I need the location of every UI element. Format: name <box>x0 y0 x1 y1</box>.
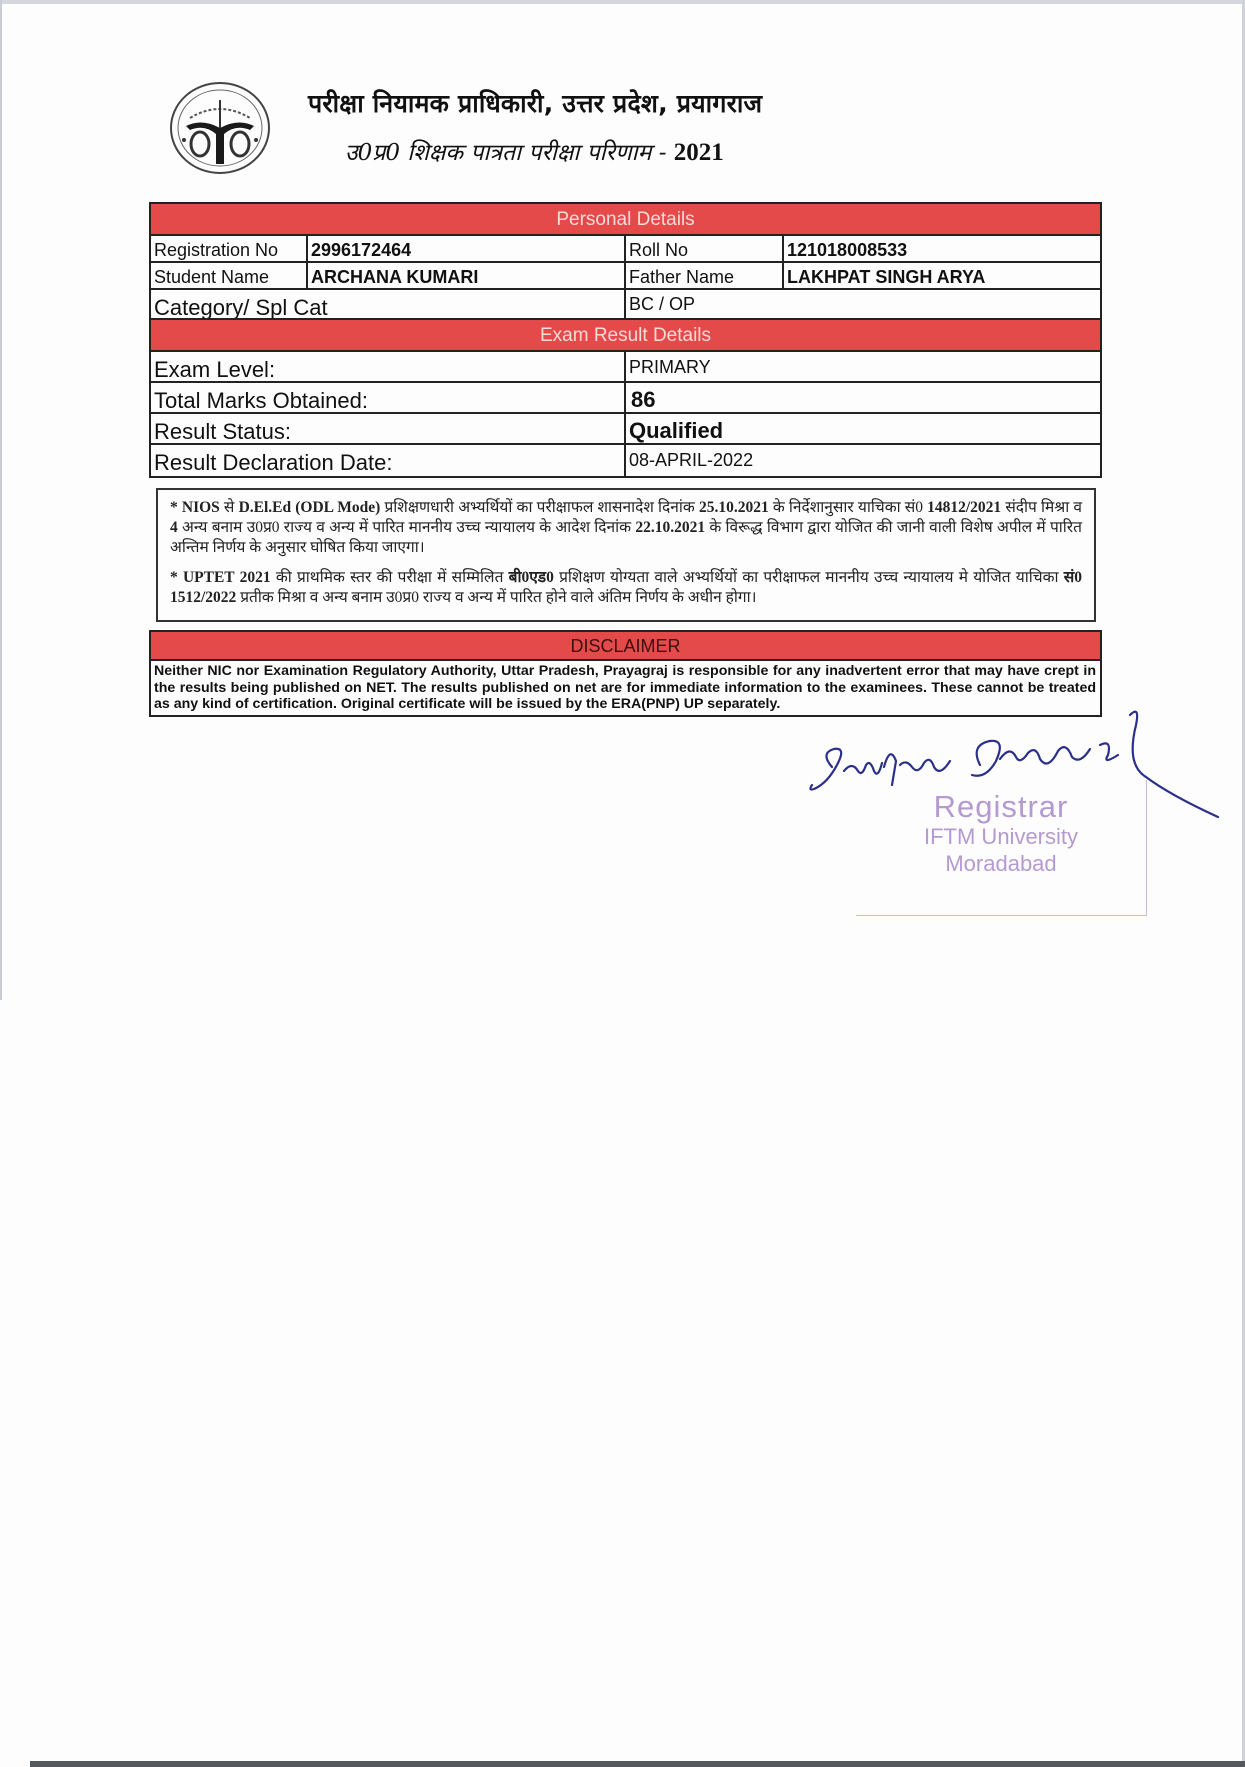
exam-result-subtitle: उ0प्र0 शिक्षक पात्रता परीक्षा परिणाम - 2… <box>345 135 724 167</box>
name-row: Student Name ARCHANA KUMARI Father Name … <box>151 263 1100 290</box>
note-text: अन्य बनाम उ0प्र0 राज्य व अन्य में पारित … <box>178 519 636 536</box>
note-text: * UPTET 2021 <box>170 569 271 586</box>
disclaimer-heading: DISCLAIMER <box>151 632 1100 661</box>
note-uptet: * UPTET 2021 की प्राथमिक स्तर की परीक्षा… <box>170 568 1082 608</box>
registration-label: Registration No <box>151 236 308 261</box>
scan-edge-bottom <box>30 1761 1245 1767</box>
authority-title: परीक्षा नियामक प्राधिकारी, उत्तर प्रदेश,… <box>308 86 762 120</box>
exam-result-heading: Exam Result Details <box>151 320 1100 352</box>
subtitle-year: 2021 <box>674 139 724 166</box>
notes-box: * NIOS से D.El.Ed (ODL Mode) प्रशिक्षणधा… <box>156 488 1096 622</box>
note-text: बी0एड0 <box>509 569 554 586</box>
note-text: 14812/2021 <box>927 499 1001 516</box>
category-row: Category/ Spl Cat BC / OP <box>151 290 1100 320</box>
total-marks-label: Total Marks Obtained: <box>151 383 626 412</box>
stamp-registrar: Registrar <box>856 790 1146 824</box>
roll-label: Roll No <box>626 236 784 261</box>
roll-value: 121018008533 <box>784 236 1100 261</box>
note-text: 22.10.2021 <box>635 519 705 536</box>
total-marks-value: 86 <box>626 383 1100 412</box>
exam-level-label: Exam Level: <box>151 352 626 381</box>
note-text: से <box>220 499 239 516</box>
result-details-table: Personal Details Registration No 2996172… <box>149 202 1102 478</box>
result-status-row: Result Status: Qualified <box>151 414 1100 445</box>
category-value: BC / OP <box>626 290 1100 318</box>
exam-level-row: Exam Level: PRIMARY <box>151 352 1100 383</box>
stamp-city: Moradabad <box>856 850 1146 878</box>
note-text: 25.10.2021 <box>699 499 769 516</box>
note-text: 4 <box>170 519 178 536</box>
note-text: संदीप मिश्रा व <box>1001 499 1082 516</box>
note-nios: * NIOS से D.El.Ed (ODL Mode) प्रशिक्षणधा… <box>170 498 1082 558</box>
note-text: प्रतीक मिश्रा व अन्य बनाम उ0प्र0 राज्य व… <box>236 589 756 606</box>
registration-row: Registration No 2996172464 Roll No 12101… <box>151 236 1100 263</box>
subtitle-text: उ0प्र0 शिक्षक पात्रता परीक्षा परिणाम - <box>345 140 666 166</box>
note-text: प्रशिक्षण योग्यता वाले अभ्यर्थियों का पर… <box>554 569 1064 586</box>
stamp-university: IFTM University <box>856 824 1146 850</box>
total-marks-row: Total Marks Obtained: 86 <box>151 383 1100 414</box>
note-text: की प्राथमिक स्तर की परीक्षा में सम्मिलित <box>271 569 509 586</box>
note-text: प्रशिक्षणधारी अभ्यर्थियों का परीक्षाफल श… <box>380 499 699 516</box>
scan-edge-top <box>0 0 1245 4</box>
result-status-label: Result Status: <box>151 414 626 443</box>
personal-details-heading: Personal Details <box>151 204 1100 236</box>
declaration-date-value: 08-APRIL-2022 <box>626 445 1100 476</box>
father-name-value: LAKHPAT SINGH ARYA <box>784 263 1100 288</box>
disclaimer-box: DISCLAIMER Neither NIC nor Examination R… <box>149 630 1102 717</box>
note-text: D.El.Ed (ODL Mode) <box>239 499 381 516</box>
declaration-date-label: Result Declaration Date: <box>151 445 626 476</box>
father-name-label: Father Name <box>626 263 784 288</box>
registrar-stamp: Registrar IFTM University Moradabad <box>856 780 1147 916</box>
up-government-emblem-icon <box>168 80 272 176</box>
student-name-label: Student Name <box>151 263 308 288</box>
note-text: के निर्देशानुसार याचिका सं0 <box>769 499 927 516</box>
category-label: Category/ Spl Cat <box>151 290 626 318</box>
result-status-value: Qualified <box>626 414 1100 443</box>
exam-level-value: PRIMARY <box>626 352 1100 381</box>
declaration-date-row: Result Declaration Date: 08-APRIL-2022 <box>151 445 1100 476</box>
scan-edge-left <box>0 0 2 1000</box>
student-name-value: ARCHANA KUMARI <box>308 263 626 288</box>
note-text: * NIOS <box>170 499 220 516</box>
registration-value: 2996172464 <box>308 236 626 261</box>
